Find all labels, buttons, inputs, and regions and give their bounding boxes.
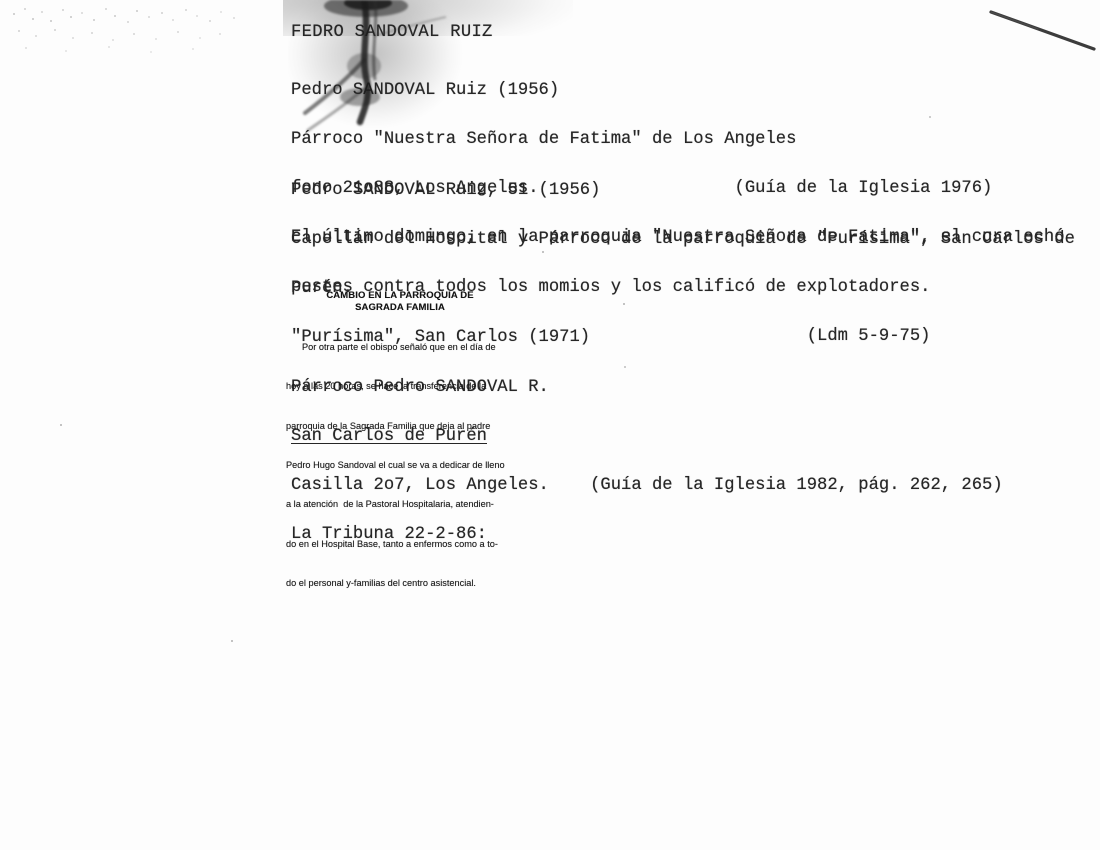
clipping-body-line: do el personal y-familias del centro asi… — [286, 577, 505, 590]
scan-noise-speckles — [10, 6, 12, 8]
clipping-headline-line: SAGRADA FAMILIA — [300, 302, 500, 314]
clipping-body-line: hoy a las 20 horas, se hace la transfere… — [286, 380, 505, 393]
scanned-document-page: FEDRO SANDOVAL RUIZ Pedro SANDOVAL Ruiz … — [0, 0, 1100, 850]
clipping-body-line: a la atención de la Pastoral Hospitalari… — [286, 498, 505, 511]
clipping-headline: CAMBIO EN LA PARROQUIA DE SAGRADA FAMILI… — [300, 290, 500, 314]
scan-stray-dots — [0, 0, 2, 2]
clipping-body-line: do en el Hospital Base, tanto a enfermos… — [286, 538, 505, 551]
typed-line: Capellán del Hospital y Párroco de la pa… — [291, 232, 1075, 248]
diagonal-pen-mark — [978, 4, 1100, 64]
clipping-body-line: Pedro Hugo Sandoval el cual se va a dedi… — [286, 459, 505, 472]
ink-blot — [280, 0, 520, 180]
clipping-body-line: Por otra parte el obispo señaló que en e… — [286, 341, 505, 354]
clipping-body-line: parroquia de la Sagrada Familia que deja… — [286, 420, 505, 433]
clipping-headline-line: CAMBIO EN LA PARROQUIA DE — [300, 290, 500, 302]
clipping-body: Por otra parte el obispo señaló que en e… — [286, 315, 505, 616]
typed-line: Pedro SANDOVAL Ruiz, 51 (1956) — [291, 183, 1075, 199]
